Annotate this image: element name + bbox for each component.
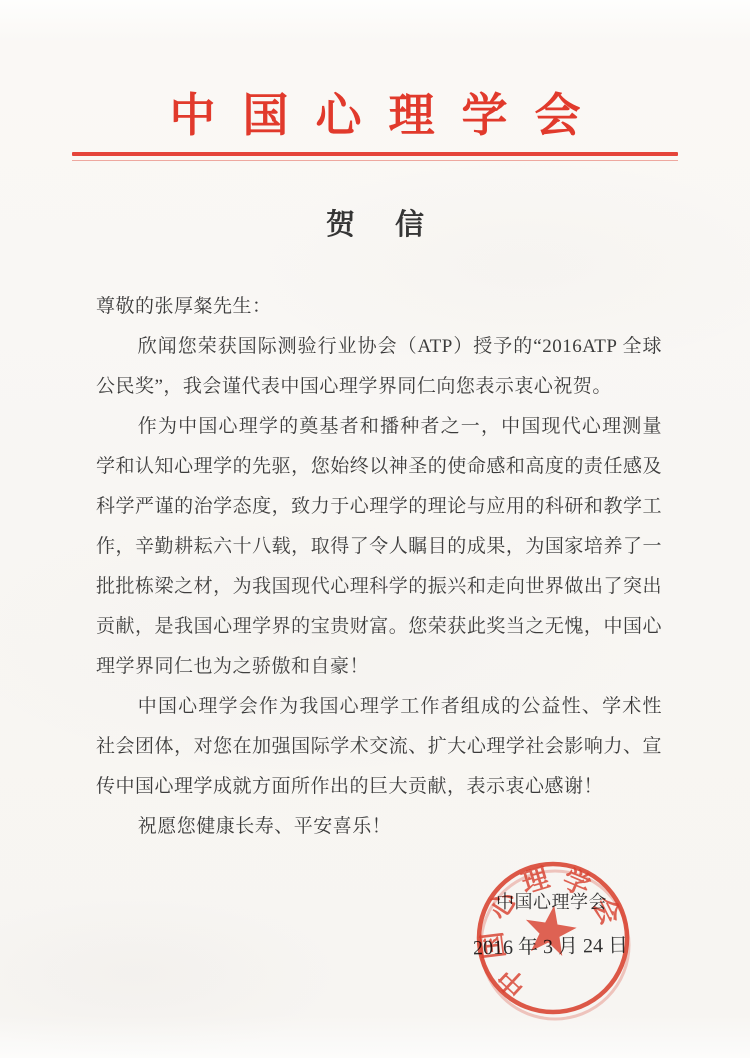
header-rule-thin-line xyxy=(72,160,678,161)
scanned-letter-page: 中国心理学会 贺信 尊敬的张厚粲先生： 欣闻您荣获国际测验行业协会（ATP）授予… xyxy=(0,0,750,1058)
org-name-heading: 中国心理学会 xyxy=(0,79,750,145)
salutation: 尊敬的张厚粲先生： xyxy=(96,287,662,327)
seal-char: 中 xyxy=(492,962,532,1002)
signature-date: 2016 年 3 月 24 日 xyxy=(473,929,628,961)
header-rule-thick-line xyxy=(72,152,678,156)
paragraph: 中国心理学会作为我国心理学工作者组成的公益性、学术性社会团体，对您在加强国际学术… xyxy=(96,687,662,807)
letter-title: 贺信 xyxy=(0,202,750,243)
signature-org: 中国心理学会 xyxy=(496,888,607,914)
letter-body: 尊敬的张厚粲先生： 欣闻您荣获国际测验行业协会（ATP）授予的“2016ATP … xyxy=(96,287,662,847)
paragraph: 欣闻您荣获国际测验行业协会（ATP）授予的“2016ATP 全球公民奖”，我会谨… xyxy=(96,327,662,407)
paragraph: 祝愿您健康长寿、平安喜乐！ xyxy=(96,807,662,847)
header-rule xyxy=(72,152,678,161)
paragraph: 作为中国心理学的奠基者和播种者之一，中国现代心理测量学和认知心理学的先驱，您始终… xyxy=(96,407,662,687)
